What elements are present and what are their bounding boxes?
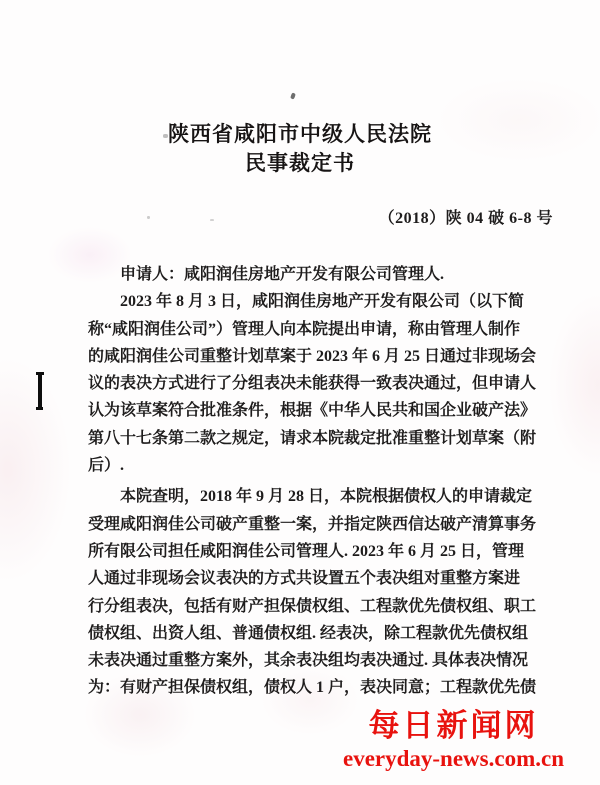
site-watermark: 每日新闻网 everyday-news.com.cn bbox=[343, 709, 564, 771]
scan-artifact-bar-cap bbox=[36, 407, 43, 410]
body-line: 债权组、出资人组、普通债权组. 经表决，除工程款优先债权组 bbox=[88, 620, 518, 647]
body-line: 所有限公司担任咸阳润佳公司管理人. 2023 年 6 月 25 日，管理 bbox=[88, 538, 518, 565]
scanned-court-document: 陕西省咸阳市中级人民法院 民事裁定书 （2018）陕 04 破 6-8 号 申请… bbox=[0, 0, 600, 785]
body-line: 受理咸阳润佳公司破产重整一案，并指定陕西信达破产清算事务 bbox=[88, 511, 518, 538]
body-line: 未表决通过重整方案外，其余表决组均表决通过. 具体表决情况 bbox=[88, 647, 518, 674]
body-line: 行分组表决，包括有财产担保债权组、工程款优先债权组、职工 bbox=[88, 593, 518, 620]
body-line: 2023 年 8 月 3 日，咸阳润佳房地产开发有限公司（以下简 bbox=[88, 288, 518, 315]
body-line: 人通过非现场会议表决的方式共设置五个表决组对重整方案进 bbox=[88, 565, 518, 592]
body-line: 申请人：咸阳润佳房地产开发有限公司管理人. bbox=[88, 261, 518, 288]
body-line: 后）. bbox=[88, 452, 518, 479]
body-line: 称“咸阳润佳公司”）管理人向本院提出申请，称由管理人制作 bbox=[88, 316, 518, 343]
body-line: 的咸阳润佳公司重整计划草案于 2023 年 6 月 25 日通过非现场会 bbox=[88, 343, 518, 370]
case-number: （2018）陕 04 破 6-8 号 bbox=[379, 205, 553, 228]
scan-speck bbox=[290, 92, 296, 99]
body-line: 为：有财产担保债权组，债权人 1 户，表决同意；工程款优先债 bbox=[88, 674, 518, 701]
body-line: 第八十七条第二款之规定，请求本院裁定批准重整计划草案（附 bbox=[88, 425, 518, 452]
body-line: 认为该草案符合批准条件，根据《中华人民共和国企业破产法》 bbox=[88, 397, 518, 424]
document-header: 陕西省咸阳市中级人民法院 民事裁定书 bbox=[0, 120, 600, 178]
body-line: 议的表决方式进行了分组表决未能获得一致表决通过，但申请人 bbox=[88, 370, 518, 397]
watermark-site-url: everyday-news.com.cn bbox=[343, 746, 564, 771]
scan-speck bbox=[210, 219, 214, 221]
watermark-site-name: 每日新闻网 bbox=[343, 709, 564, 743]
document-body: 申请人：咸阳润佳房地产开发有限公司管理人. 2023 年 8 月 3 日，咸阳润… bbox=[88, 261, 518, 702]
scan-artifact-bar bbox=[38, 373, 42, 409]
document-type-title: 民事裁定书 bbox=[0, 149, 600, 178]
scan-speck bbox=[147, 216, 150, 219]
court-name: 陕西省咸阳市中级人民法院 bbox=[0, 120, 600, 149]
scan-artifact-bar-cap bbox=[36, 372, 44, 375]
body-line: 本院查明，2018 年 9 月 28 日，本院根据债权人的申请裁定 bbox=[88, 483, 518, 510]
